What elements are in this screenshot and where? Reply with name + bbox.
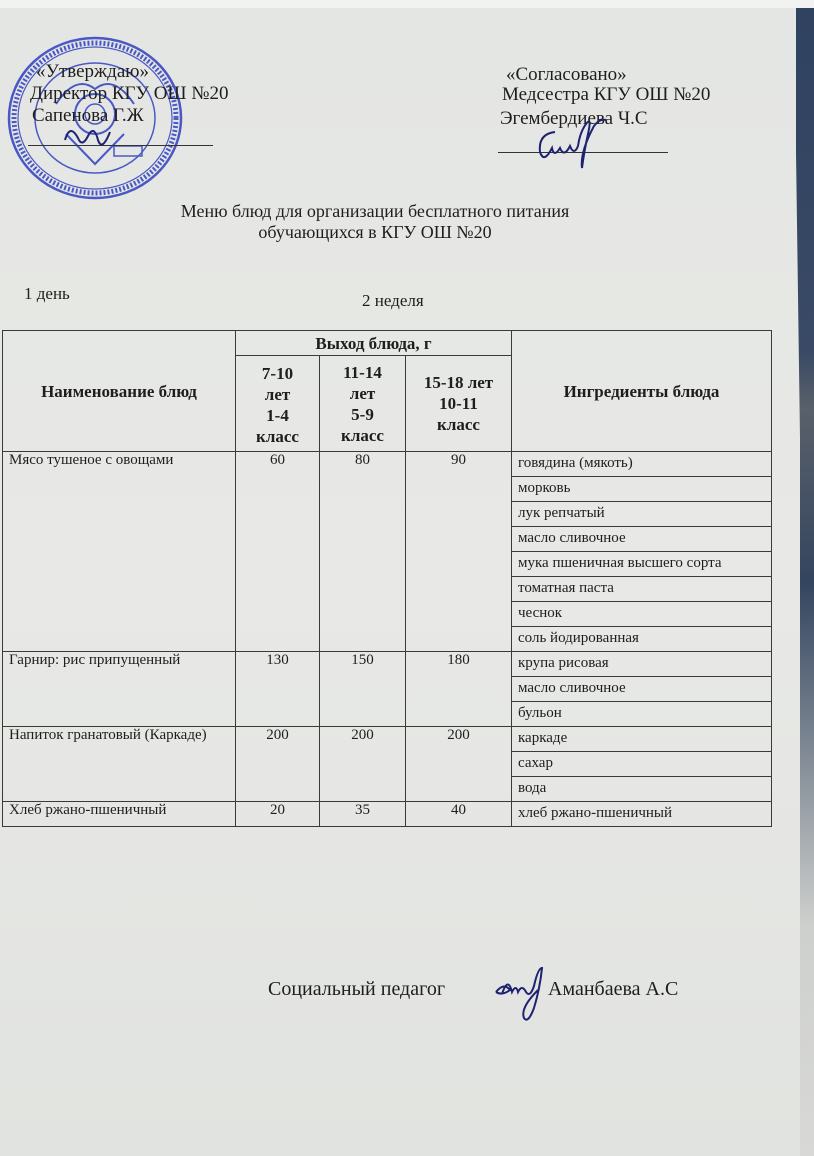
ingredient: томатная паста <box>512 577 772 602</box>
ingredient: крупа рисовая <box>512 652 772 677</box>
approved-signature-line <box>28 145 213 146</box>
approved-position: Директор КГУ ОШ №20 <box>30 84 228 104</box>
yield-15-18: 180 <box>406 652 512 727</box>
ingredient: говядина (мякоть) <box>512 452 772 477</box>
header-ingredients: Ингредиенты блюда <box>512 331 772 452</box>
ingredient: соль йодированная <box>512 627 772 652</box>
nurse-signature-icon <box>530 112 610 172</box>
ingredient: бульон <box>512 702 772 727</box>
yield-11-14: 200 <box>320 727 406 802</box>
ingredient: мука пшеничная высшего сорта <box>512 552 772 577</box>
header-yield: Выход блюда, г <box>236 331 512 356</box>
ingredient: масло сливочное <box>512 677 772 702</box>
header-dish-name: Наименование блюд <box>3 331 236 452</box>
header-age-15-18: 15-18 лет 10-11 класс <box>406 356 512 452</box>
dish-name: Гарнир: рис припущенный <box>3 652 236 727</box>
yield-11-14: 80 <box>320 452 406 652</box>
ingredient: сахар <box>512 752 772 777</box>
yield-7-10: 130 <box>236 652 320 727</box>
dish-name: Мясо тушеное с овощами <box>3 452 236 652</box>
yield-7-10: 60 <box>236 452 320 652</box>
yield-11-14: 35 <box>320 802 406 827</box>
approved-heading: «Утверждаю» <box>36 62 149 82</box>
agreed-heading: «Согласовано» <box>506 65 627 85</box>
header-age-7-10: 7-10 лет 1-4 класс <box>236 356 320 452</box>
menu-table: Наименование блюд Выход блюда, г Ингреди… <box>2 330 772 827</box>
yield-15-18: 90 <box>406 452 512 652</box>
yield-7-10: 200 <box>236 727 320 802</box>
agreed-position: Медсестра КГУ ОШ №20 <box>502 85 710 105</box>
week-label: 2 неделя <box>362 291 424 311</box>
document-title-line2: обучающихся в КГУ ОШ №20 <box>0 222 750 243</box>
header-age-11-14: 11-14 лет 5-9 класс <box>320 356 406 452</box>
document-title-line1: Меню блюд для организации бесплатного пи… <box>0 201 750 222</box>
dish-name: Напиток гранатовый (Каркаде) <box>3 727 236 802</box>
ingredient: вода <box>512 777 772 802</box>
yield-15-18: 200 <box>406 727 512 802</box>
ingredient: хлеб ржано-пшеничный <box>512 802 772 827</box>
table-row: Напиток гранатовый (Каркаде)200200200кар… <box>3 727 772 752</box>
ingredient: чеснок <box>512 602 772 627</box>
day-label: 1 день <box>24 284 70 304</box>
social-pedagogue-signature-icon <box>490 962 550 1028</box>
ingredient: масло сливочное <box>512 527 772 552</box>
table-row: Мясо тушеное с овощами608090говядина (мя… <box>3 452 772 477</box>
table-row: Хлеб ржано-пшеничный203540хлеб ржано-пше… <box>3 802 772 827</box>
top-bar <box>0 0 814 8</box>
footer-name: Аманбаева А.С <box>548 978 678 1001</box>
director-signature-icon <box>60 118 120 158</box>
yield-11-14: 150 <box>320 652 406 727</box>
table-row: Гарнир: рис припущенный130150180крупа ри… <box>3 652 772 677</box>
ingredient: каркаде <box>512 727 772 752</box>
footer-role: Социальный педагог <box>268 978 445 1001</box>
dish-name: Хлеб ржано-пшеничный <box>3 802 236 827</box>
yield-15-18: 40 <box>406 802 512 827</box>
ingredient: лук репчатый <box>512 502 772 527</box>
ingredient: морковь <box>512 477 772 502</box>
yield-7-10: 20 <box>236 802 320 827</box>
